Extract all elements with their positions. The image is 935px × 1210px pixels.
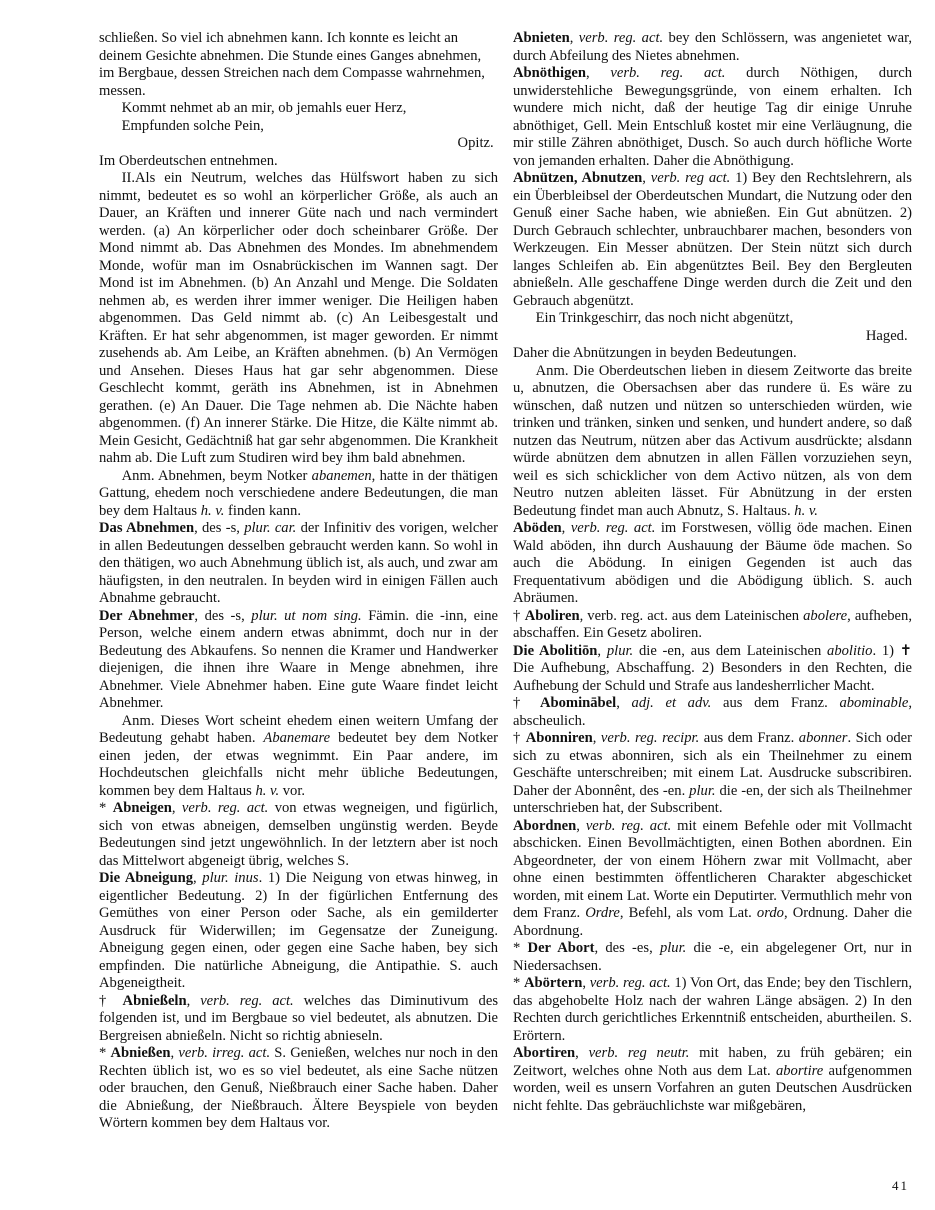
headword: Abonniren (526, 730, 593, 746)
text-run: vor. (279, 783, 305, 799)
verse-line: Empfunden solche Pein, (99, 118, 498, 136)
headword: Abnießen (111, 1045, 171, 1061)
entry-abnieten: Abnieten, verb. reg. act. bey den Schlös… (513, 30, 912, 65)
column-right: Abnieten, verb. reg. act. bey den Schlös… (513, 30, 912, 1133)
text-run: Anm. Abnehmen, beym Notker (122, 468, 312, 484)
italic-run: verb. reg. act. (586, 818, 671, 834)
headword: Abneigen (113, 800, 172, 816)
italic-run: adj. et adv. (632, 695, 712, 711)
annotation-paragraph: Anm. Dieses Wort scheint ehedem einen we… (99, 713, 498, 801)
italic-run: abolitio (827, 643, 872, 659)
text-run: aus dem Franz. (711, 695, 839, 711)
headword: Das Abnehmen (99, 520, 194, 536)
italic-run: Ordre (585, 905, 620, 921)
text-run: , des -s, (194, 520, 244, 536)
column-left: schließen. So viel ich abnehmen kann. Ic… (99, 30, 498, 1133)
italic-run: abolere (803, 608, 847, 624)
headword: Die Abneigung (99, 870, 193, 886)
italic-run: verb. reg. act. (182, 800, 268, 816)
text-run: II.Als ein Neutrum, welches das Hülfswor… (99, 170, 498, 466)
italic-run: abonner (799, 730, 848, 746)
annotation-paragraph: Anm. Die Oberdeutschen lieben in diesem … (513, 363, 912, 521)
italic-run: abortire (776, 1063, 823, 1079)
headword: Abominābel (540, 695, 616, 711)
text-run: , (172, 800, 182, 816)
headword: Abnießeln (123, 993, 187, 1009)
text-run: Empfunden solche Pein, (122, 118, 264, 134)
entry-abniesseln: † Abnießeln, verb. reg. act. welches das… (99, 993, 498, 1046)
entry-aboliren: † Aboliren, verb. reg. act. aus dem Late… (513, 608, 912, 643)
entry-abortiren: Abortiren, verb. reg neutr. mit haben, z… (513, 1045, 912, 1115)
attribution: Opitz. (99, 135, 498, 153)
text-run: , des -es, (594, 940, 659, 956)
italic-run: plur. (660, 940, 686, 956)
text-run: , (562, 520, 571, 536)
text-run: die -en, aus dem Lateinischen (633, 643, 827, 659)
italic-run: ordo (757, 905, 784, 921)
text-run: , (582, 975, 589, 991)
entry-abordnen: Abordnen, verb. reg. act. mit einem Befe… (513, 818, 912, 941)
two-column-layout: schließen. So viel ich abnehmen kann. Ic… (99, 30, 912, 1133)
paragraph: Daher die Abnützungen in beyden Bedeutun… (513, 345, 912, 363)
headword: Abnöthigen (513, 65, 586, 81)
entry-abniessen: * Abnießen, verb. irreg. act. S. Genieße… (99, 1045, 498, 1133)
headword: Der Abort (528, 940, 595, 956)
text-run: † (513, 695, 540, 711)
page-number: 41 (892, 1177, 909, 1195)
text-run: , (616, 695, 631, 711)
text-run: Opitz. (458, 135, 494, 151)
headword: Abnieten (513, 30, 570, 46)
italic-run: verb. reg. act. (571, 520, 656, 536)
entry-abnoethigen: Abnöthigen, verb. reg. act. durch Nöthig… (513, 65, 912, 170)
text-run: , (575, 1045, 588, 1061)
entry-abneigen: * Abneigen, verb. reg. act. von etwas we… (99, 800, 498, 870)
entry-abonniren: † Abonniren, verb. reg. recipr. aus dem … (513, 730, 912, 818)
text-run: , (593, 730, 601, 746)
paragraph: Im Oberdeutschen entnehmen. (99, 153, 498, 171)
italic-run: h. v. (794, 503, 818, 519)
dictionary-page: schließen. So viel ich abnehmen kann. Ic… (0, 0, 935, 1210)
text-run: , Befehl, als vom Lat. (620, 905, 757, 921)
annotation-paragraph: Anm. Abnehmen, beym Notker abanemen, hat… (99, 468, 498, 521)
italic-run: verb. reg. act. (200, 993, 294, 1009)
text-run: schließen. So viel ich abnehmen kann. Ic… (99, 30, 485, 99)
headword: Abnützen, Abnutzen (513, 170, 642, 186)
italic-run: verb. irreg. act. (178, 1045, 270, 1061)
italic-run: verb. reg. recipr. (601, 730, 699, 746)
text-run: , (586, 65, 610, 81)
italic-run: h. v. (201, 503, 225, 519)
italic-run: abominable (839, 695, 908, 711)
italic-run: verb. reg neutr. (589, 1045, 690, 1061)
italic-run: plur. car. (244, 520, 296, 536)
text-run: , des -s, (194, 608, 251, 624)
text-run: , (597, 643, 606, 659)
entry-aboertern: * Abörtern, verb. reg. act. 1) Von Ort, … (513, 975, 912, 1045)
headword: Abordnen (513, 818, 576, 834)
headword: Abortiren (513, 1045, 575, 1061)
text-run: , (193, 870, 202, 886)
text-run: * (99, 800, 113, 816)
italic-run: verb. reg. act. (590, 975, 671, 991)
text-run: Im Oberdeutschen entnehmen. (99, 153, 278, 169)
italic-run: verb. reg. act. (610, 65, 725, 81)
headword: Aboliren (525, 608, 580, 624)
italic-run: plur. ut nom sing. (251, 608, 361, 624)
text-run: , verb. reg. act. aus dem Lateinischen (580, 608, 804, 624)
text-run: finden kann. (224, 503, 301, 519)
headword: Die Abolitiōn (513, 643, 597, 659)
text-run: Anm. Die Oberdeutschen lieben in diesem … (513, 363, 912, 519)
text-run: Ein Trinkgeschirr, das noch nicht abgenü… (536, 310, 794, 326)
text-run: † (513, 608, 525, 624)
entry-die-abneigung: Die Abneigung, plur. inus. 1) Die Neigun… (99, 870, 498, 993)
italic-run: verb. reg. act. (579, 30, 663, 46)
paragraph: II.Als ein Neutrum, welches das Hülfswor… (99, 170, 498, 468)
headword: Abörtern (524, 975, 582, 991)
text-run: . 1) Die Neigung von etwas hinweg, in ei… (99, 870, 498, 991)
entry-aboeden: Aböden, verb. reg. act. im Forstwesen, v… (513, 520, 912, 608)
continuation-paragraph: schließen. So viel ich abnehmen kann. Ic… (99, 30, 498, 100)
italic-run: plur. (689, 783, 715, 799)
italic-run: verb. reg act. (651, 170, 731, 186)
headword: Der Abnehmer (99, 608, 194, 624)
text-run: † (99, 993, 123, 1009)
entry-der-abort: * Der Abort, des -es, plur. die -e, ein … (513, 940, 912, 975)
italic-run: plur. (607, 643, 633, 659)
text-run: Haged. (866, 328, 908, 344)
headword: Aböden (513, 520, 562, 536)
verse-line: Kommt nehmet ab an mir, ob jemahls euer … (99, 100, 498, 118)
entry-das-abnehmen: Das Abnehmen, des -s, plur. car. der Inf… (99, 520, 498, 608)
italic-run: Abanemare (263, 730, 330, 746)
attribution: Haged. (513, 328, 912, 346)
text-run: , (570, 30, 579, 46)
text-run: 1) Bey den Rechtslehrern, als ein Überbl… (513, 170, 912, 309)
text-run: Kommt nehmet ab an mir, ob jemahls euer … (122, 100, 407, 116)
entry-abominabel: † Abominābel, adj. et adv. aus dem Franz… (513, 695, 912, 730)
entry-der-abnehmer: Der Abnehmer, des -s, plur. ut nom sing.… (99, 608, 498, 713)
text-run: * (513, 975, 524, 991)
entry-abnuetzen: Abnützen, Abnutzen, verb. reg act. 1) Be… (513, 170, 912, 310)
italic-run: plur. inus (202, 870, 258, 886)
text-run: Daher die Abnützungen in beyden Bedeutun… (513, 345, 797, 361)
text-run: aus dem Franz. (699, 730, 799, 746)
italic-run: abanemen (312, 468, 372, 484)
text-run: † (513, 730, 526, 746)
text-run: , (576, 818, 586, 834)
verse-line: Ein Trinkgeschirr, das noch nicht abgenü… (513, 310, 912, 328)
text-run: * (513, 940, 528, 956)
text-run: , (187, 993, 201, 1009)
italic-run: h. v. (255, 783, 279, 799)
text-run: * (99, 1045, 111, 1061)
entry-die-abolition: Die Abolitiōn, plur. die -en, aus dem La… (513, 643, 912, 696)
text-run: , (642, 170, 650, 186)
